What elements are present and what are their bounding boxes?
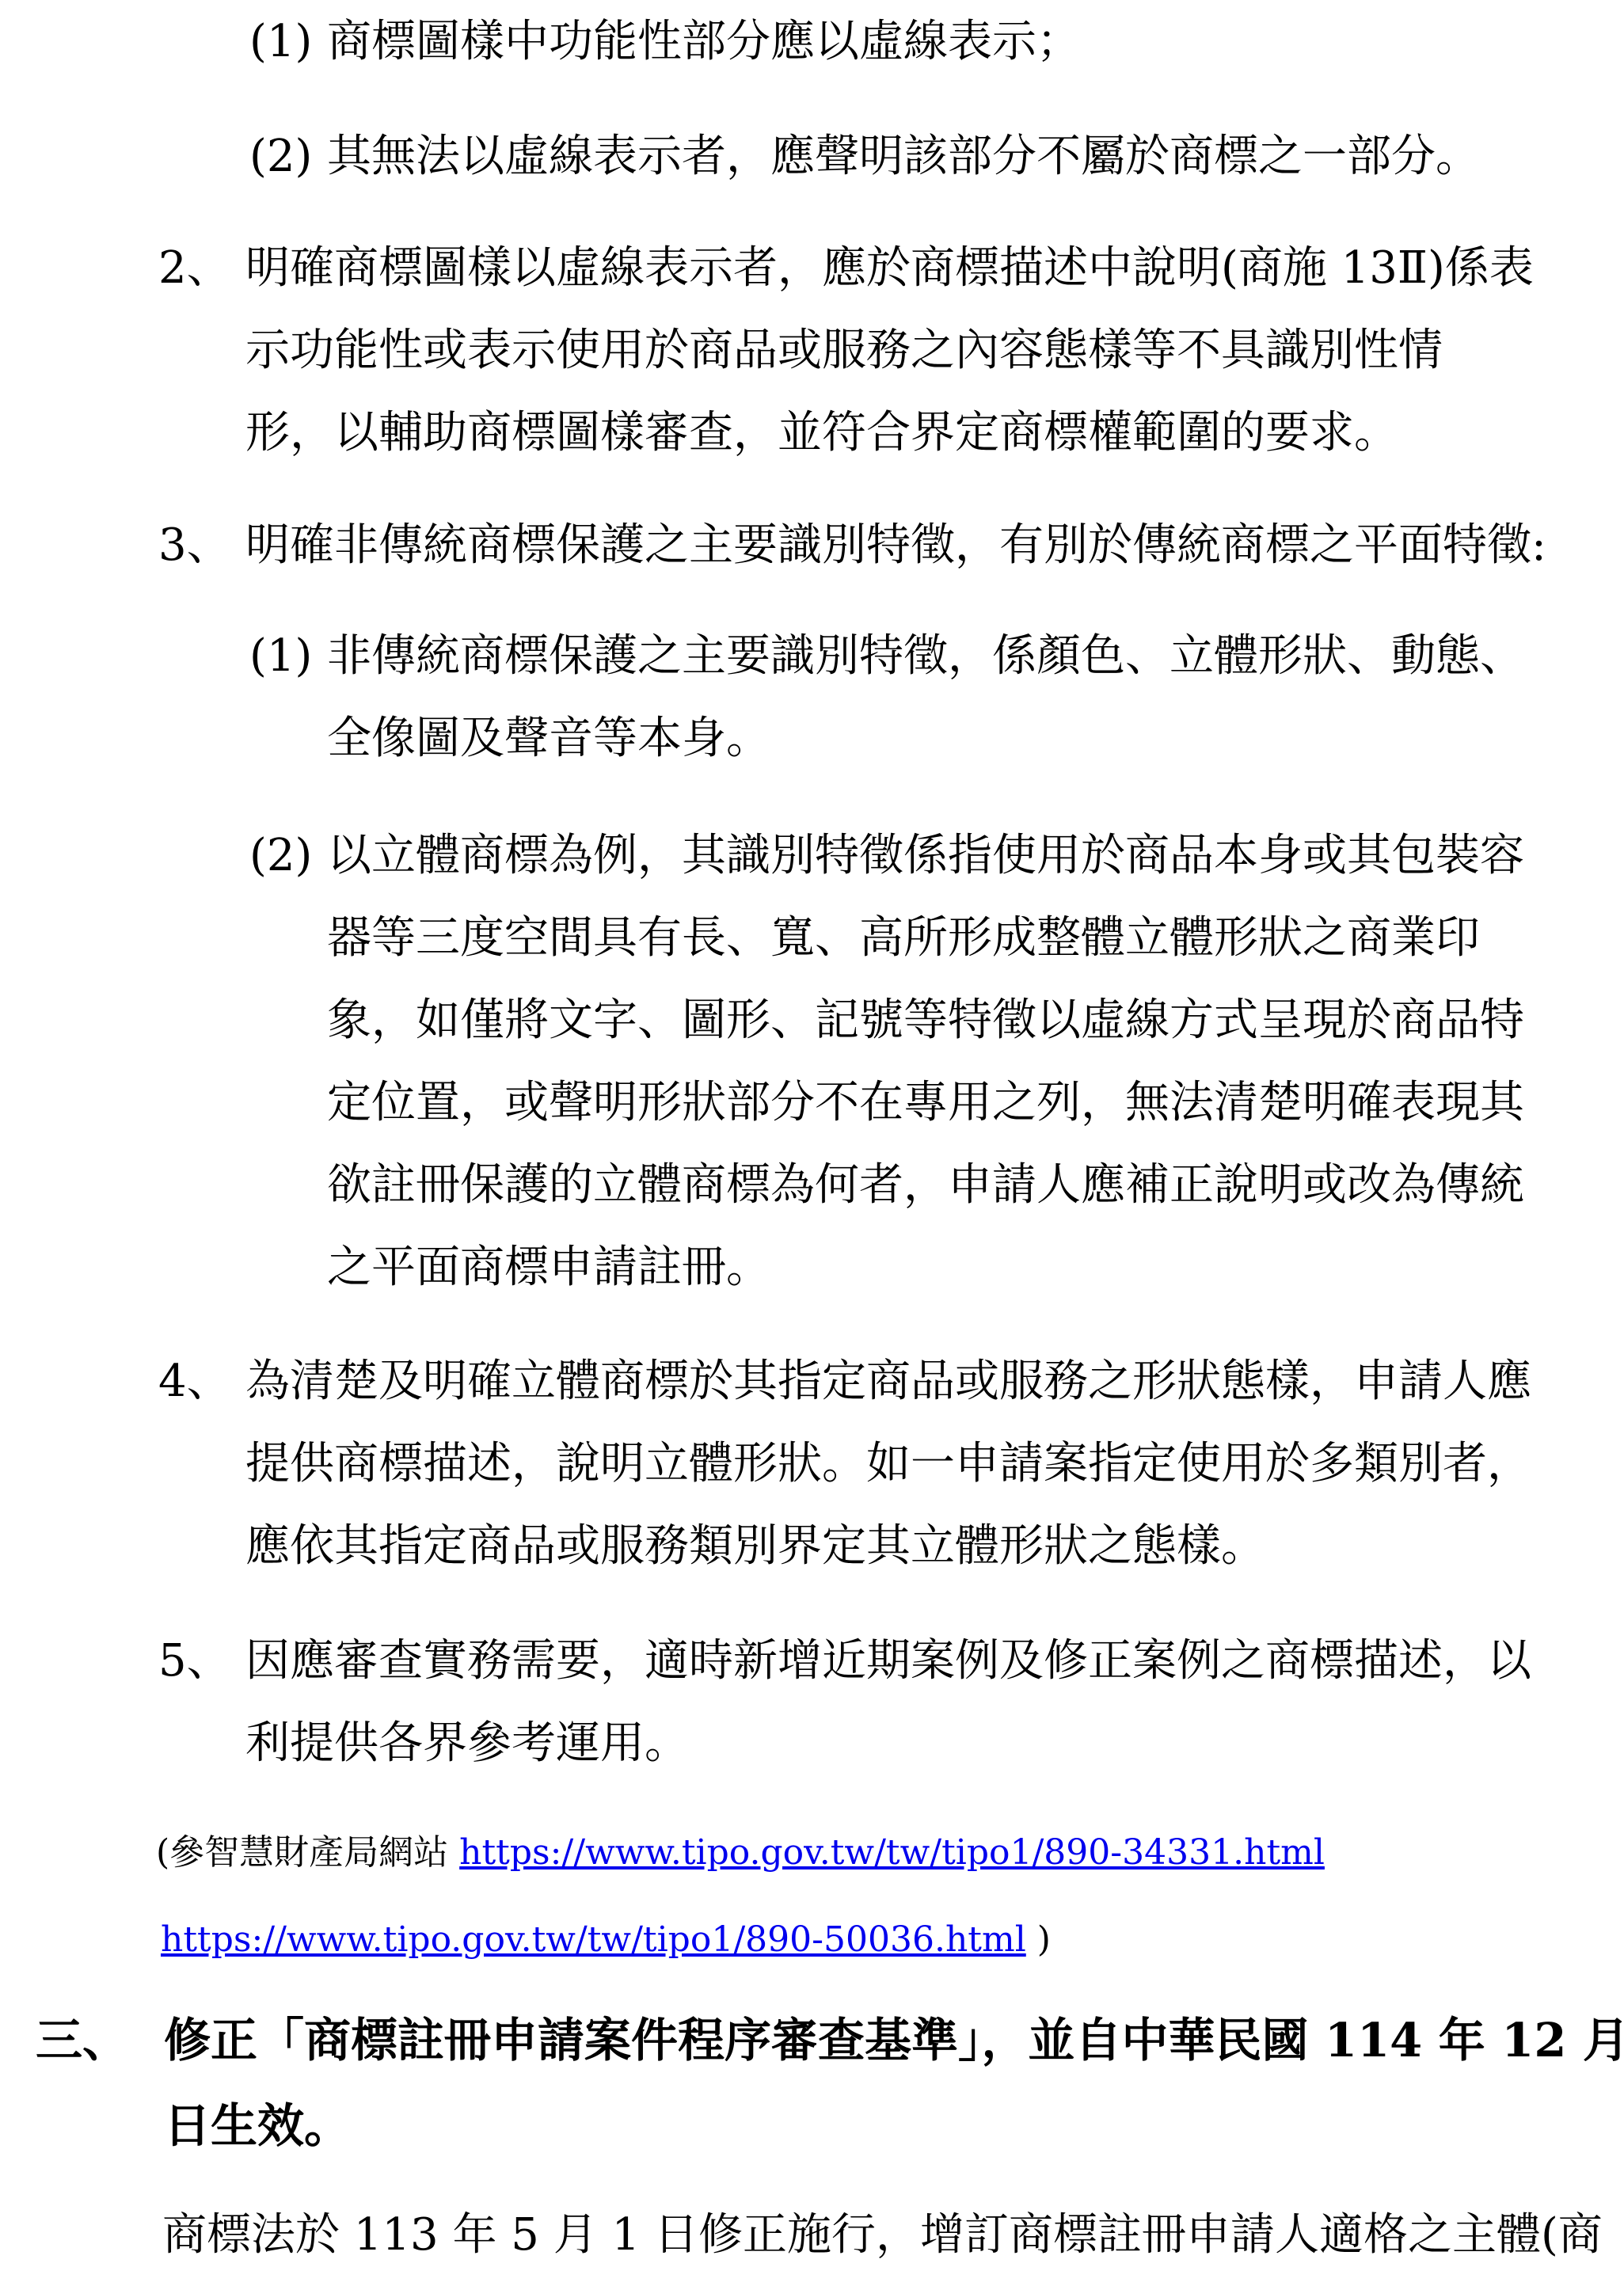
- section-heading-text: 修正「商標註冊申請案件程序審查基準」，並自中華民國 114 年 12 月 1: [164, 2014, 1624, 2067]
- list-item-marker: 3、: [158, 519, 231, 572]
- list-item-marker: (1): [249, 630, 312, 683]
- tipo-link-2[interactable]: https://www.tipo.gov.tw/tw/tipo1/890-500…: [161, 1919, 1026, 1960]
- list-item-text: 商標圖樣中功能性部分應以虛線表示；: [327, 16, 1081, 68]
- list-item-text: 示功能性或表示使用於商品或服務之內容態樣等不具識別性情: [245, 325, 1443, 377]
- source-note-line: (參智慧財產局網站 https://www.tipo.gov.tw/tw/tip…: [156, 1831, 1325, 1875]
- body-paragraph-text: 商標法於 113 年 5 月 1 日修正施行，增訂商標註冊申請人適格之主體(商: [162, 2209, 1603, 2261]
- list-item-text: 全像圖及聲音等本身。: [327, 713, 770, 765]
- list-item-text: 利提供各界參考運用。: [245, 1717, 689, 1770]
- source-note-line: https://www.tipo.gov.tw/tw/tipo1/890-500…: [161, 1918, 1051, 1962]
- list-item-marker: 4、: [158, 1356, 231, 1408]
- list-item-text: 應依其指定商品或服務類別界定其立體形狀之態樣。: [245, 1520, 1265, 1573]
- document-page: (1) 商標圖樣中功能性部分應以虛線表示； (2) 其無法以虛線表示者，應聲明該…: [0, 0, 1624, 2286]
- list-item-text: 定位置，或聲明形狀部分不在專用之列，無法清楚明確表現其: [327, 1077, 1524, 1129]
- list-item-marker: 2、: [158, 242, 231, 295]
- list-item-text: 明確商標圖樣以虛線表示者，應於商標描述中說明(商施 13Ⅱ)係表: [245, 242, 1534, 295]
- list-item-text: 提供商標描述，說明立體形狀。如一申請案指定使用於多類別者，: [245, 1438, 1531, 1490]
- source-note-suffix: ): [1026, 1919, 1051, 1960]
- list-item-text: 形，以輔助商標圖樣審查，並符合界定商標權範圍的要求。: [245, 407, 1398, 459]
- source-note-prefix: (參智慧財產局網站: [156, 1832, 459, 1873]
- list-item-text: 因應審查實務需要，適時新增近期案例及修正案例之商標描述，以: [245, 1635, 1531, 1687]
- list-item-text: 器等三度空間具有長、寬、高所形成整體立體形狀之商業印: [327, 912, 1480, 964]
- list-item-text: 明確非傳統商標保護之主要識別特徵，有別於傳統商標之平面特徵:: [245, 519, 1546, 572]
- list-item-marker: (2): [249, 131, 312, 183]
- list-item-marker: (1): [249, 16, 312, 68]
- list-item-text: 為清楚及明確立體商標於其指定商品或服務之形狀態樣，申請人應: [245, 1356, 1531, 1408]
- list-item-text: 其無法以虛線表示者，應聲明該部分不屬於商標之一部分。: [327, 131, 1480, 183]
- list-item-text: 之平面商標申請註冊。: [327, 1242, 770, 1294]
- section-heading-text: 日生效。: [164, 2100, 351, 2152]
- list-item-marker: (2): [249, 830, 312, 882]
- section-heading-marker: 三、: [36, 2014, 129, 2067]
- list-item-text: 以立體商標為例，其識別特徵係指使用於商品本身或其包裝容: [327, 830, 1524, 882]
- list-item-marker: 5、: [158, 1635, 231, 1687]
- list-item-text: 欲註冊保護的立體商標為何者，申請人應補正說明或改為傳統: [327, 1159, 1524, 1211]
- list-item-text: 非傳統商標保護之主要識別特徵，係顏色、立體形狀、動態、: [327, 630, 1524, 683]
- list-item-text: 象，如僅將文字、圖形、記號等特徵以虛線方式呈現於商品特: [327, 995, 1524, 1047]
- tipo-link-1[interactable]: https://www.tipo.gov.tw/tw/tipo1/890-343…: [459, 1832, 1325, 1873]
